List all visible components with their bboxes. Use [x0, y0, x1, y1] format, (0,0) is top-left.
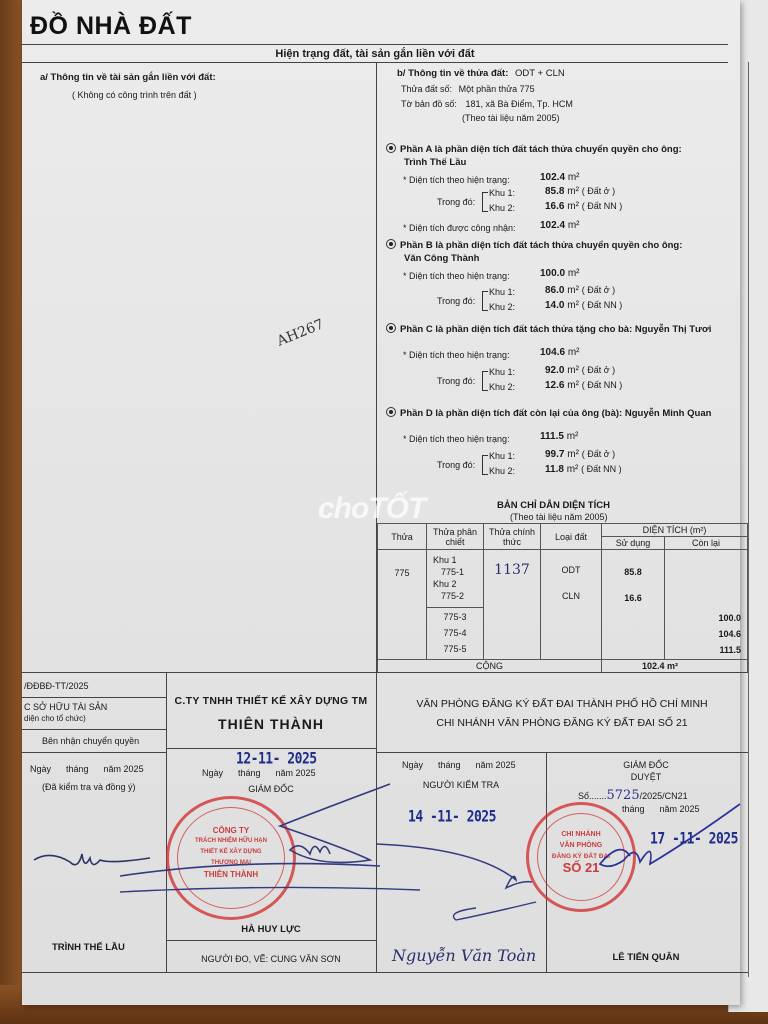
bracket-icon [482, 455, 488, 475]
company-stamped-date: 12-11- 2025 [236, 751, 317, 769]
office-line1: VĂN PHÒNG ĐĂNG KÝ ĐẤT ĐAI THÀNH PHỐ HỒ C… [376, 698, 748, 710]
table-row: 775 Khu 1 775-1 Khu 2 775-2 1137 ODT CLN… [378, 550, 748, 608]
bracket-icon [482, 371, 488, 391]
radio-bullet-icon [386, 239, 396, 249]
part-c-zone2: 12.6 m² ( Đất NN ) [545, 380, 622, 391]
parcel-info-heading: b/ Thông tin về thửa đất: ODT + CLN [397, 68, 565, 79]
part-c-area: 104.6 m² [540, 347, 579, 358]
divider [22, 752, 166, 753]
part-b-title: Phần B là phần diện tích đất tách thửa c… [386, 239, 682, 251]
label: Trong đó: [437, 197, 475, 207]
bracket-icon [482, 291, 488, 311]
label: Khu 1: [489, 287, 515, 297]
header-area: DIỆN TÍCH (m²) [602, 524, 748, 537]
label: * Diện tích theo hiện trạng: [403, 271, 510, 281]
area-table-subtitle: (Theo tài liệu năm 2005) [510, 512, 608, 522]
header-official-parcel: Thửa chính thức [484, 524, 541, 550]
cell-official-parcel: 1137 [484, 550, 541, 660]
divider [376, 752, 748, 753]
part-c-zone1: 92.0 m² ( Đất ở ) [545, 365, 615, 376]
date-line: Ngày tháng năm 2025 [202, 768, 316, 778]
parcel-number-row: Thửa đất số: Một phần thửa 775 [401, 84, 535, 94]
asset-info-note: ( Không có công trình trên đất ) [72, 90, 197, 100]
radio-bullet-icon [386, 143, 396, 153]
part-b-owner: Văn Công Thành [404, 253, 479, 264]
form-code: /ĐĐBĐ-TT/2025 [24, 681, 89, 691]
divider [22, 44, 728, 45]
part-d-area: 111.5 m² [540, 431, 578, 442]
label: Khu 2: [489, 203, 515, 213]
divider [22, 697, 166, 698]
parcel-land-type: ODT + CLN [515, 68, 565, 79]
cell-sub-parcels-top: Khu 1 775-1 Khu 2 775-2 [427, 550, 484, 608]
cell-remaining: 100.0 104.6 111.5 [665, 550, 748, 660]
source-note: (Theo tài liệu năm 2005) [462, 113, 560, 123]
total-value: 102.4 m² [602, 660, 748, 673]
label: Khu 2: [489, 302, 515, 312]
divider [166, 940, 376, 941]
divider [22, 972, 748, 973]
label: * Diện tích theo hiện trạng: [403, 434, 510, 444]
header-land-type: Loại đất [541, 524, 602, 550]
asset-info-heading: a/ Thông tin về tài sản gắn liền với đất… [40, 72, 216, 83]
part-a-zone1: 85.8 m² ( Đất ở ) [545, 186, 615, 197]
label: Trong đó: [437, 376, 475, 386]
parcel-number: Một phần thửa 775 [459, 84, 535, 94]
divider [22, 729, 166, 730]
receiver-label: Bên nhận chuyển quyền [42, 736, 139, 746]
header-used: Sử dụng [602, 537, 665, 550]
cell-sub-parcels-bottom: 775-3 775-4 775-5 [427, 607, 484, 659]
director-name: LÊ TIẾN QUÂN [546, 952, 746, 963]
part-a-area: 102.4 m² [540, 172, 579, 183]
part-b-zone2: 14.0 m² ( Đất NN ) [545, 300, 622, 311]
label: * Diện tích theo hiện trạng: [403, 350, 510, 360]
total-label: CỘNG [378, 660, 602, 673]
header-remaining: Còn lại [665, 537, 748, 550]
inspector-date-line: Ngày tháng năm 2025 [402, 760, 516, 770]
label: Khu 2: [489, 466, 515, 476]
radio-bullet-icon [386, 407, 396, 417]
label: Khu 1: [489, 451, 515, 461]
signer-ha-huy-luc: HÀ HUY LỰC [166, 924, 376, 935]
label: Khu 2: [489, 382, 515, 392]
cell-used: 85.8 16.6 [602, 550, 665, 660]
map-sheet: 181, xã Bà Điểm, Tp. HCM [465, 99, 572, 109]
document-title: ĐỒ NHÀ ĐẤT [30, 12, 192, 41]
bracket-icon [482, 192, 488, 212]
area-table-title: BẢN CHỈ DẪN DIỆN TÍCH [497, 500, 610, 511]
label: Khu 1: [489, 188, 515, 198]
signer-trinh-the-lau: TRÌNH THẾ LẦU [52, 942, 125, 953]
watermark-logo: choTỐT [318, 492, 425, 526]
header-parcel: Thửa [378, 524, 427, 550]
owner-title: C SỞ HỮU TÀI SẢN [24, 702, 107, 712]
approved-label: DUYỆT [546, 772, 746, 782]
part-a-title: Phần A là phần diện tích đất tách thửa c… [386, 143, 682, 155]
divider [22, 62, 728, 63]
signature-director [580, 800, 750, 890]
header-sub-parcel: Thửa phân chiết [427, 524, 484, 550]
divider [166, 748, 376, 749]
part-d-zone1: 99.7 m² ( Đất ở ) [545, 449, 615, 460]
table-total-row: CỘNG 102.4 m² [378, 660, 748, 673]
signature-inspector [376, 840, 546, 930]
map-sheet-row: Tờ bản đồ số: 181, xã Bà Điểm, Tp. HCM [401, 99, 573, 109]
company-name: THIÊN THÀNH [166, 716, 376, 732]
date-line: Ngày tháng năm 2025 [30, 764, 144, 774]
office-line2: CHI NHÁNH VĂN PHÒNG ĐĂNG KÝ ĐẤT ĐAI SỐ 2… [376, 717, 748, 729]
surveyor: NGƯỜI ĐO, VẼ: CUNG VĂN SƠN [166, 954, 376, 964]
part-b-area: 100.0 m² [540, 268, 579, 279]
director-role: GIÁM ĐỐC [546, 760, 746, 770]
part-a-owner: Trình Thế Lầu [404, 157, 466, 168]
part-d-title: Phần D là phần diện tích đất còn lại của… [386, 407, 711, 419]
company-line1: C.TY TNHH THIẾT KẾ XÂY DỰNG TM [166, 695, 376, 707]
owner-sub: diện cho tổ chức) [24, 714, 86, 723]
part-b-zone1: 86.0 m² ( Đất ở ) [545, 285, 615, 296]
part-a-recognized: 102.4 m² [540, 220, 579, 231]
inspector-role: NGƯỜI KIỂM TRA [376, 780, 546, 790]
inspector-stamped-date: 14 -11- 2025 [408, 809, 496, 827]
cell-parcel: 775 [378, 550, 427, 660]
part-c-title: Phần C là phần diện tích đất tách thửa t… [386, 323, 711, 335]
label: * Diện tích được công nhận: [403, 223, 516, 233]
label: * Diện tích theo hiện trạng: [403, 175, 510, 185]
radio-bullet-icon [386, 323, 396, 333]
divider [22, 672, 748, 673]
label: Trong đó: [437, 460, 475, 470]
inspector-name: Nguyễn Văn Toàn [392, 946, 536, 965]
cell-land-types: ODT CLN [541, 550, 602, 660]
label: Trong đó: [437, 296, 475, 306]
section-header: Hiện trạng đất, tài sản gắn liền với đất [22, 48, 728, 60]
part-a-zone2: 16.6 m² ( Đất NN ) [545, 201, 622, 212]
area-table: Thửa Thửa phân chiết Thửa chính thức Loạ… [377, 523, 748, 673]
label: Khu 1: [489, 367, 515, 377]
part-d-zone2: 11.8 m² ( Đất NN ) [545, 464, 622, 475]
